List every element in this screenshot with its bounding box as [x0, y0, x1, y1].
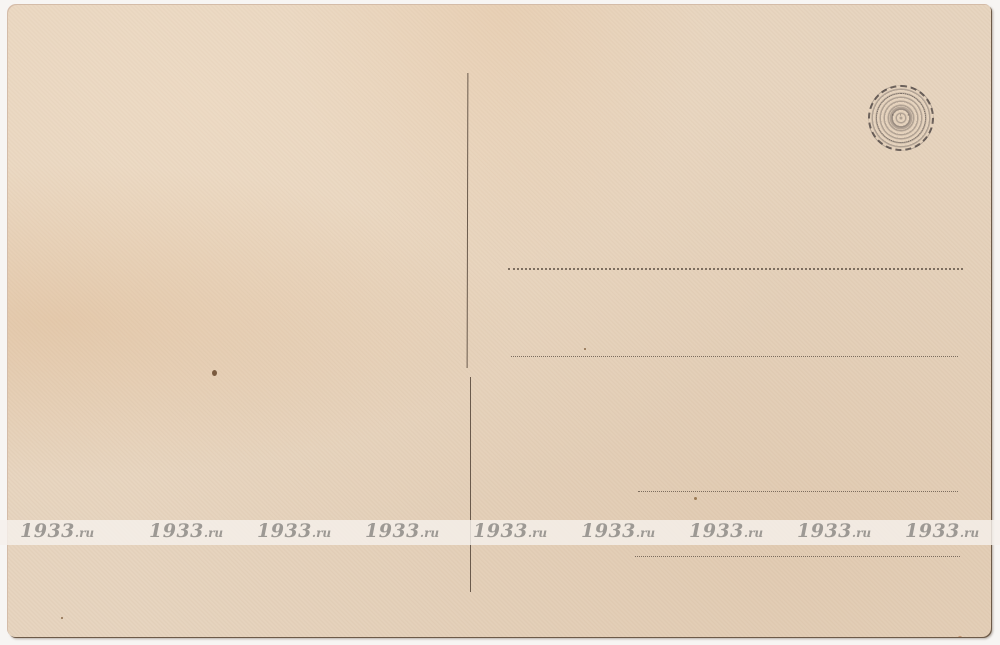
watermark-text: 1933.ru — [343, 520, 451, 545]
postmark-stamp-icon: · · · — [868, 85, 934, 151]
scene: · · · 1933.ru 1933.ru 1933.ru 1933.ru 19… — [0, 0, 1000, 645]
postmark-text: · · · — [870, 111, 932, 121]
paper-speck — [212, 370, 217, 376]
paper-speck — [694, 497, 697, 500]
watermark-text: 1933.ru — [451, 520, 559, 545]
watermark-text: 1933.ru — [127, 520, 235, 545]
address-line-4 — [635, 556, 960, 557]
watermark-text: 1933.ru — [559, 520, 667, 545]
watermark-band: 1933.ru 1933.ru 1933.ru 1933.ru 1933.ru … — [0, 520, 1000, 545]
center-divider-upper — [467, 73, 469, 368]
address-line-1 — [508, 268, 963, 270]
paper-speck — [958, 636, 962, 637]
address-line-3 — [638, 491, 958, 492]
watermark-text: 1933.ru — [883, 520, 991, 545]
paper-speck — [61, 617, 63, 619]
watermark-text: 1933.ru — [667, 520, 775, 545]
address-line-2 — [511, 356, 958, 357]
watermark-text: 1933.ru — [775, 520, 883, 545]
paper-speck — [584, 348, 586, 350]
watermark-text: 1933.ru — [0, 520, 127, 545]
center-divider-lower — [470, 377, 471, 592]
watermark-text: 1933.ru — [235, 520, 343, 545]
